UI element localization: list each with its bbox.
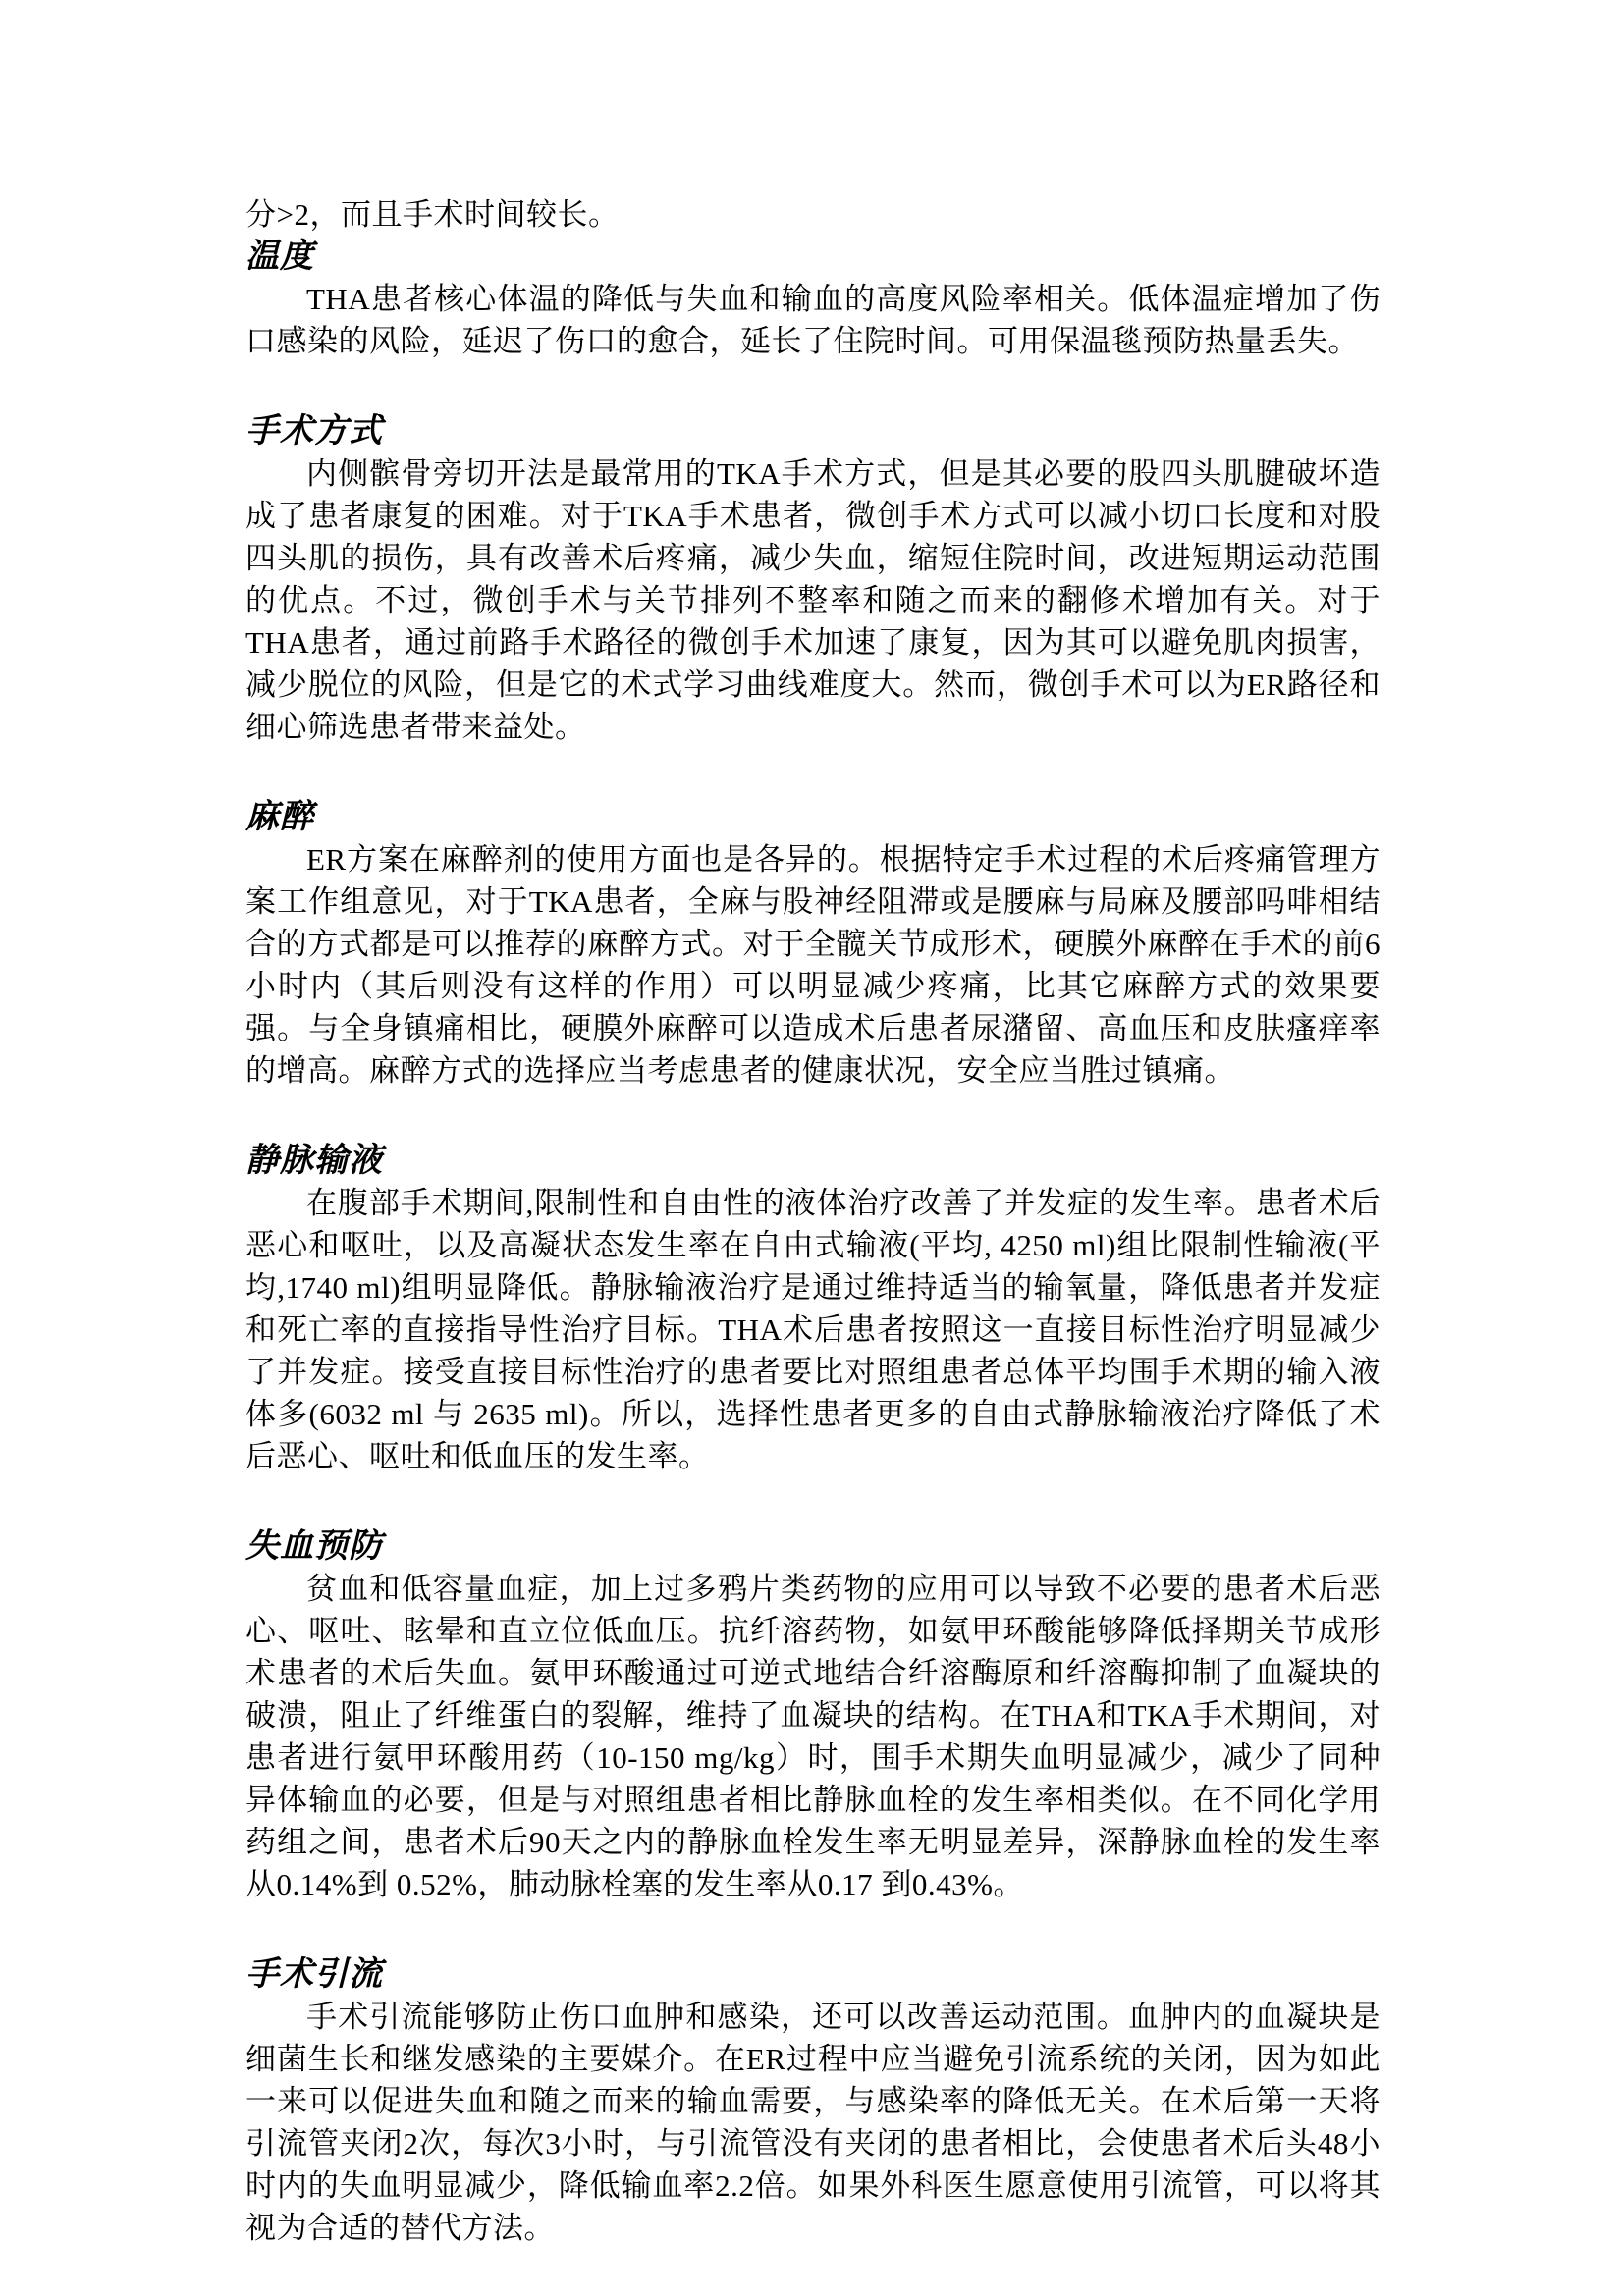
- section-heading-iv-fluids: 静脉输液: [245, 1140, 1380, 1182]
- section-blood-loss-prevention: 失血预防 贫血和低容量血症，加上过多鸦片类药物的应用可以导致不必要的患者术后恶心…: [245, 1525, 1380, 1905]
- section-paragraph: 手术引流能够防止伤口血肿和感染，还可以改善运动范围。血肿内的血凝块是细菌生长和继…: [245, 1996, 1380, 2249]
- section-surgical-approach: 手术方式 内侧髌骨旁切开法是最常用的TKA手术方式，但是其必要的股四头肌腱破坏造…: [245, 410, 1380, 748]
- section-paragraph: 内侧髌骨旁切开法是最常用的TKA手术方式，但是其必要的股四头肌腱破坏造成了患者康…: [245, 453, 1380, 748]
- section-paragraph: THA患者核心体温的降低与失血和输血的高度风险率相关。低体温症增加了伤口感染的风…: [245, 278, 1380, 362]
- section-heading-temperature: 温度: [245, 236, 1380, 278]
- section-heading-surgical-approach: 手术方式: [245, 410, 1380, 453]
- section-paragraph: ER方案在麻醉剂的使用方面也是各异的。根据特定手术过程的术后疼痛管理方案工作组意…: [245, 838, 1380, 1092]
- section-anesthesia: 麻醉 ER方案在麻醉剂的使用方面也是各异的。根据特定手术过程的术后疼痛管理方案工…: [245, 796, 1380, 1092]
- continuation-paragraph: 分>2，而且手术时间较长。: [245, 193, 1380, 236]
- section-temperature: 温度 THA患者核心体温的降低与失血和输血的高度风险率相关。低体温症增加了伤口感…: [245, 236, 1380, 362]
- section-surgical-drainage: 手术引流 手术引流能够防止伤口血肿和感染，还可以改善运动范围。血肿内的血凝块是细…: [245, 1953, 1380, 2249]
- section-heading-blood-loss-prevention: 失血预防: [245, 1525, 1380, 1568]
- section-heading-surgical-drainage: 手术引流: [245, 1953, 1380, 1996]
- section-iv-fluids: 静脉输液 在腹部手术期间,限制性和自由性的液体治疗改善了并发症的发生率。患者术后…: [245, 1140, 1380, 1477]
- document-body: 分>2，而且手术时间较长。 温度 THA患者核心体温的降低与失血和输血的高度风险…: [245, 193, 1380, 2249]
- section-heading-anesthesia: 麻醉: [245, 796, 1380, 838]
- document-page: 分>2，而且手术时间较长。 温度 THA患者核心体温的降低与失血和输血的高度风险…: [0, 0, 1624, 2296]
- section-paragraph: 在腹部手术期间,限制性和自由性的液体治疗改善了并发症的发生率。患者术后恶心和呕吐…: [245, 1182, 1380, 1477]
- section-paragraph: 贫血和低容量血症，加上过多鸦片类药物的应用可以导致不必要的患者术后恶心、呕吐、眩…: [245, 1568, 1380, 1905]
